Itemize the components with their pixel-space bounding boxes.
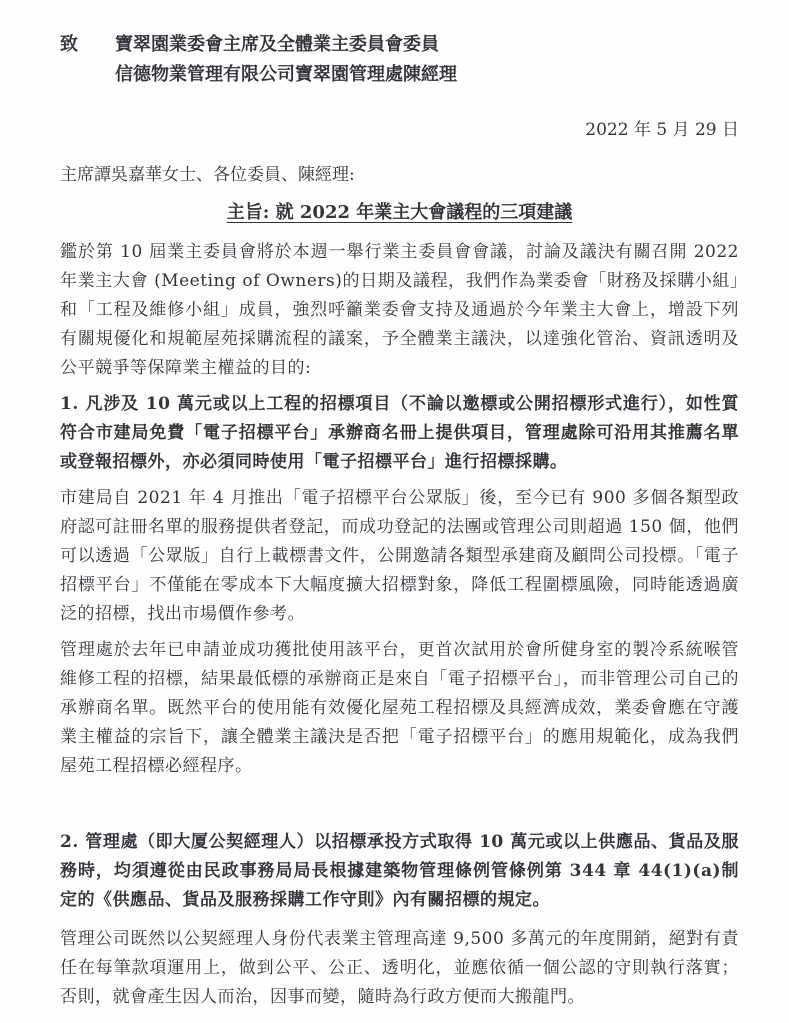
subject-line: 主旨: 就 2022 年業主大會議程的三項建議 — [60, 198, 739, 228]
paragraph-proposal-1: 1. 凡涉及 10 萬元或以上工程的招標項目（不論以邀標或公開招標形式進行），如… — [60, 390, 739, 477]
recipient-line-manager: 信德物業管理有限公司寶翠園管理處陳經理 — [115, 60, 739, 90]
paragraph-proposal-2: 2. 管理處（即大厦公契經理人）以招標承投方式取得 10 萬元或以上供應品、貨品… — [60, 828, 739, 915]
recipient-block: 致 寶翠園業委會主席及全體業主委員會委員 信德物業管理有限公司寶翠園管理處陳經理 — [60, 30, 739, 90]
paragraph-accountability: 管理公司既然以公契經理人身份代表業主管理高達 9,500 多萬元的年度開銷，絕對… — [60, 925, 739, 1012]
letter-date: 2022 年 5 月 29 日 — [60, 115, 739, 145]
paragraph-preamble: 鑑於第 10 屆業主委員會將於本週一舉行業主委員會會議，討論及議決有關召開 20… — [60, 238, 739, 383]
paragraph-management-trial: 管理處於去年已申請並成功獲批使用該平台，更首次試用於會所健身室的製冷系統喉管維修… — [60, 636, 739, 781]
recipient-line-committee: 寶翠園業委會主席及全體業主委員會委員 — [115, 30, 739, 60]
letter-page: 致 寶翠園業委會主席及全體業主委員會委員 信德物業管理有限公司寶翠園管理處陳經理… — [0, 0, 789, 1023]
recipient-list: 寶翠園業委會主席及全體業主委員會委員 信德物業管理有限公司寶翠園管理處陳經理 — [115, 30, 739, 90]
to-label: 致 — [60, 30, 115, 60]
paragraph-platform-background: 市建局自 2021 年 4 月推出「電子招標平台公眾版」後，至今已有 900 多… — [60, 484, 739, 629]
salutation: 主席譚吳嘉華女士、各位委員、陳經理: — [60, 160, 739, 190]
